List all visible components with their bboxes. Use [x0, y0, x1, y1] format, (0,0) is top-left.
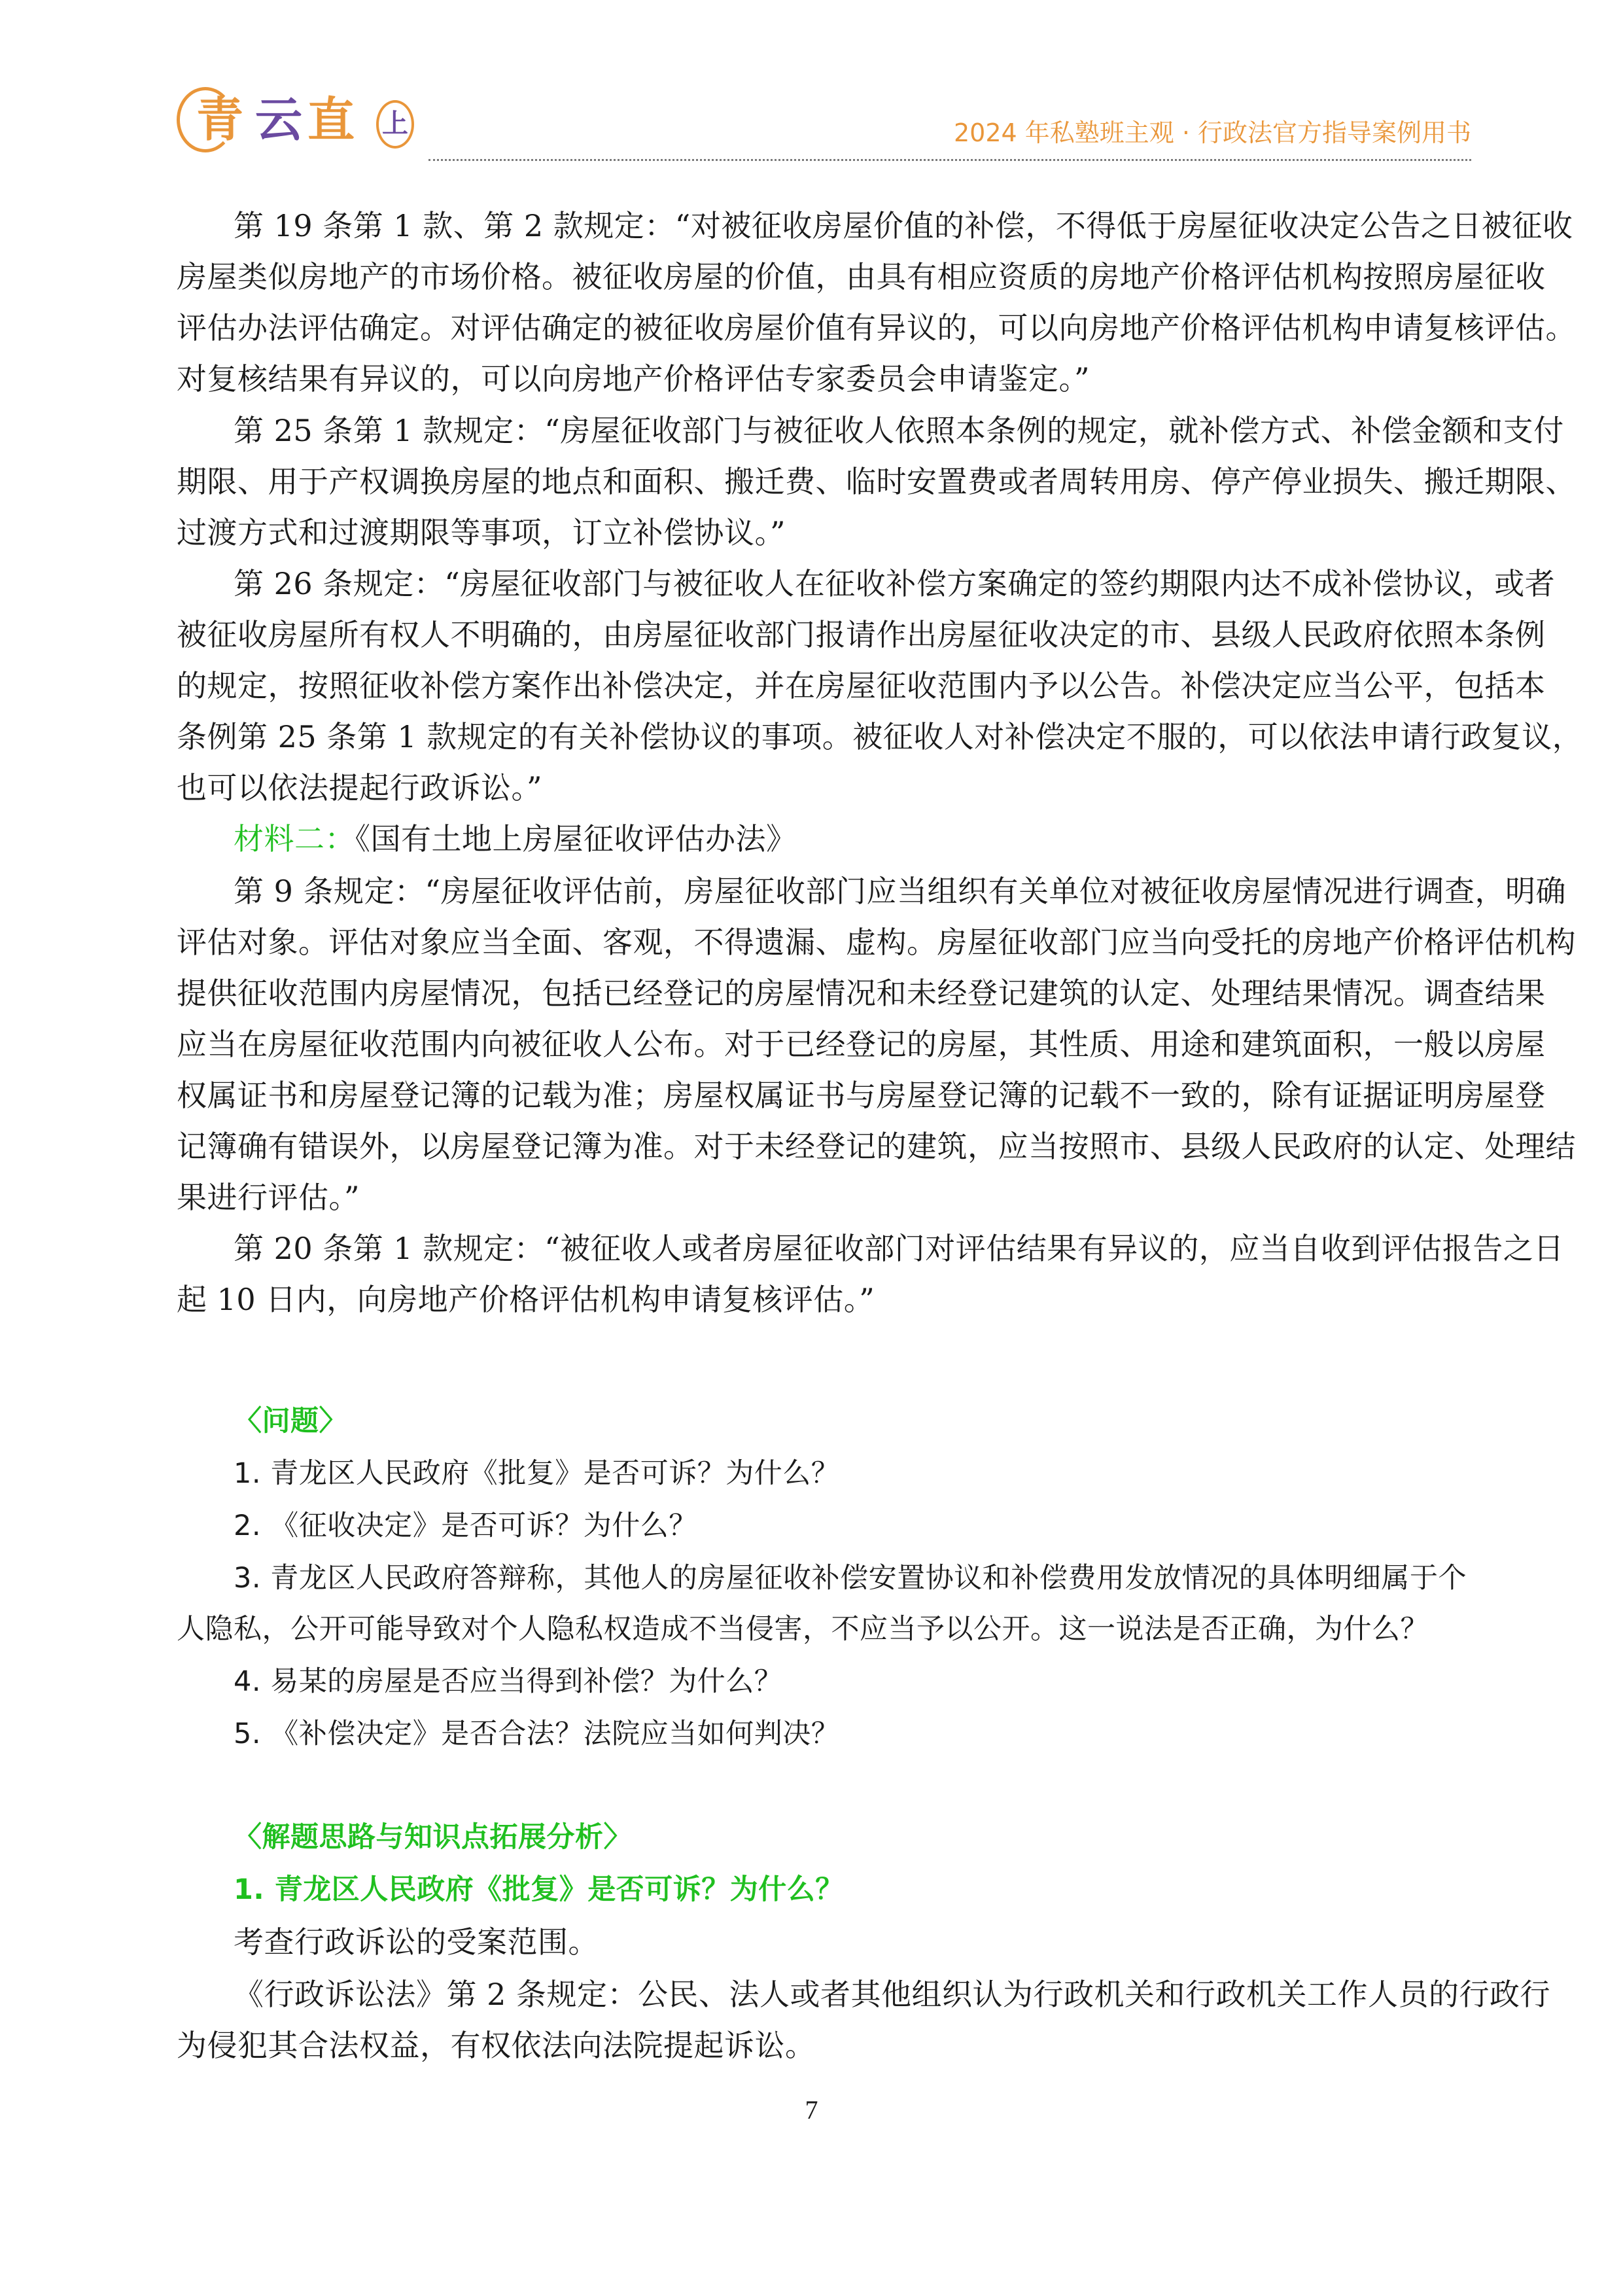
- logo-char-3: 直: [307, 94, 355, 146]
- paragraph-line: 《行政诉讼法》第 2 条规定：公民、法人或者其他组织认为行政机关和行政机关工作人…: [234, 1975, 1467, 2014]
- material-label: 材料二：: [234, 821, 355, 857]
- page-number: 7: [0, 2094, 1623, 2127]
- logo-char-2: 云: [255, 94, 302, 146]
- paragraph-line: 第 19 条第 1 款、第 2 款规定：“对被征收房屋价值的补偿，不得低于房屋征…: [234, 206, 1467, 245]
- question-item: 4. 易某的房屋是否应当得到补偿？为什么？: [234, 1662, 1467, 1701]
- analysis-question-heading: 1. 青龙区人民政府《批复》是否可诉？为什么？: [234, 1870, 1467, 1909]
- paragraph-line: 被征收房屋所有权人不明确的，由房屋征收部门报请作出房屋征收决定的市、县级人民政府…: [177, 615, 1467, 654]
- header-divider: [428, 159, 1471, 161]
- paragraph-line: 期限、用于产权调换房屋的地点和面积、搬迁费、临时安置费或者周转用房、停产停业损失…: [177, 462, 1467, 501]
- logo-char-1: 青: [196, 94, 243, 146]
- question-item: 2. 《征收决定》是否可诉？为什么？: [234, 1506, 1467, 1545]
- paragraph-line: 第 25 条第 1 款规定：“房屋征收部门与被征收人依照本条例的规定，就补偿方式…: [234, 411, 1467, 450]
- paragraph-line: 第 9 条规定：“房屋征收评估前，房屋征收部门应当组织有关单位对被征收房屋情况进…: [234, 872, 1467, 911]
- paragraph-line: 房屋类似房地产的市场价格。被征收房屋的价值，由具有相应资质的房地产价格评估机构按…: [177, 257, 1467, 296]
- paragraph-line: 条例第 25 条第 1 款规定的有关补偿协议的事项。被征收人对补偿决定不服的，可…: [177, 717, 1467, 756]
- document-page: 青 云 直 上 2024 年私塾班主观 · 行政法官方指导案例用书 第 19 条…: [0, 0, 1623, 2296]
- paragraph-line: 评估对象。评估对象应当全面、客观，不得遗漏、虚构。房屋征收部门应当向受托的房地产…: [177, 923, 1467, 962]
- paragraph-line: 为侵犯其合法权益，有权依法向法院提起诉讼。: [177, 2026, 1467, 2065]
- paragraph-line: 提供征收范围内房屋情况，包括已经登记的房屋情况和未经登记建筑的认定、处理结果情况…: [177, 974, 1467, 1013]
- question-item-continued: 人隐私，公开可能导致对个人隐私权造成不当侵害，不应当予以公开。这一说法是否正确，…: [177, 1610, 1467, 1649]
- logo-badge: 上: [376, 100, 414, 149]
- running-header-title: 2024 年私塾班主观 · 行政法官方指导案例用书: [954, 116, 1471, 149]
- paragraph-line: 应当在房屋征收范围内向被征收人公布。对于已经登记的房屋，其性质、用途和建筑面积，…: [177, 1025, 1467, 1064]
- paragraph-line: 对复核结果有异议的，可以向房地产价格评估专家委员会申请鉴定。”: [177, 359, 1467, 398]
- paragraph-line: 第 20 条第 1 款规定：“被征收人或者房屋征收部门对评估结果有异议的，应当自…: [234, 1229, 1467, 1268]
- analysis-heading: 〈解题思路与知识点拓展分析〉: [234, 1818, 1467, 1857]
- paragraph-line: 第 26 条规定：“房屋征收部门与被征收人在征收补偿方案确定的签约期限内达不成补…: [234, 564, 1467, 603]
- question-item: 1. 青龙区人民政府《批复》是否可诉？为什么？: [234, 1454, 1467, 1493]
- material-title: 《国有土地上房屋征收评估办法》: [355, 821, 797, 857]
- brand-logo: 青 云 直 上: [177, 82, 432, 154]
- paragraph-line: 也可以依法提起行政诉讼。”: [177, 768, 1467, 807]
- question-item: 5. 《补偿决定》是否合法？法院应当如何判决？: [234, 1714, 1467, 1754]
- paragraph-line: 的规定，按照征收补偿方案作出补偿决定，并在房屋征收范围内予以公告。补偿决定应当公…: [177, 666, 1467, 705]
- paragraph-line: 权属证书和房屋登记簿的记载为准；房屋权属证书与房屋登记簿的记载不一致的，除有证据…: [177, 1076, 1467, 1115]
- paragraph-line: 过渡方式和过渡期限等事项，订立补偿协议。”: [177, 513, 1467, 552]
- question-item: 3. 青龙区人民政府答辩称，其他人的房屋征收补偿安置协议和补偿费用发放情况的具体…: [234, 1559, 1467, 1598]
- questions-heading: 〈问题〉: [234, 1402, 1467, 1441]
- paragraph-line: 记簿确有错误外，以房屋登记簿为准。对于未经登记的建筑，应当按照市、县级人民政府的…: [177, 1127, 1467, 1166]
- paragraph-line: 起 10 日内，向房地产价格评估机构申请复核评估。”: [177, 1280, 1467, 1319]
- paragraph-line: 考查行政诉讼的受案范围。: [234, 1922, 1467, 1962]
- paragraph-line: 评估办法评估确定。对评估确定的被征收房屋价值有异议的，可以向房地产价格评估机构申…: [177, 308, 1467, 347]
- material-two-heading: 材料二：《国有土地上房屋征收评估办法》: [234, 819, 1467, 858]
- paragraph-line: 果进行评估。”: [177, 1178, 1467, 1217]
